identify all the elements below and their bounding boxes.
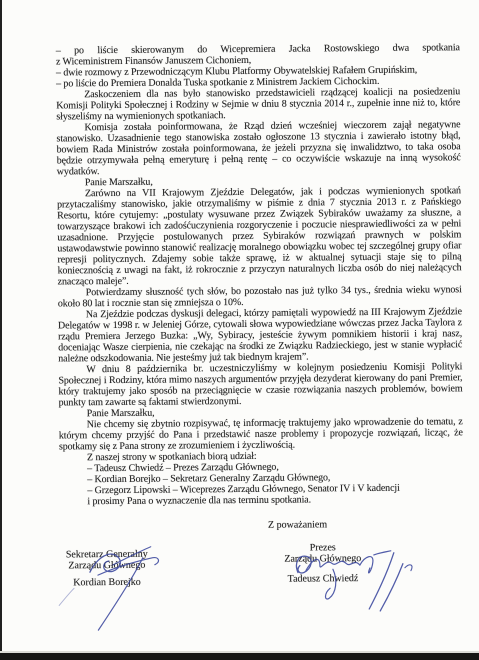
- body-paragraph: Nie chcemy się zbytnio rozpisywać, tę in…: [59, 416, 463, 452]
- body-paragraph: i prosimy Pana o wyznaczenie dla nas ter…: [59, 493, 463, 507]
- signer-name: Tadeusz Chwiedź: [277, 573, 369, 585]
- signer-name: Kordian Borejko: [61, 577, 153, 589]
- signer-title-line2: Zarządu Głównego: [61, 560, 153, 572]
- body-paragraph: W dniu 8 października br. uczestniczyliś…: [58, 361, 462, 408]
- scanned-letter-page: – po liście skierowanym do Wicepremiera …: [0, 0, 479, 660]
- body-paragraph: Potwierdzamy słuszność tych słów, bo poz…: [58, 284, 462, 309]
- list-item-first-line: – po liście skierowanym do Wicepremiera …: [56, 42, 460, 56]
- closing-salutation: Z poważaniem: [233, 519, 363, 531]
- scan-edge-left: [0, 0, 2, 660]
- signer-title-line2: Zarządu Głównego: [277, 553, 369, 565]
- letter-body: – po liście skierowanym do Wicepremiera …: [56, 42, 464, 507]
- signature-block-right: Prezes Zarządu Głównego Tadeusz Chwiedź: [277, 542, 369, 585]
- list-item: – po liście skierowanym do Wicepremiera …: [56, 42, 460, 67]
- scan-edge-bottom: [0, 653, 479, 660]
- signature-block-left: Sekretarz Generalny Zarządu Głównego Kor…: [61, 549, 153, 589]
- body-paragraph: Zaskoczeniem dla nas było stanowisko prz…: [56, 86, 460, 122]
- body-paragraph: Zarówno na VII Krajowym Zjeździe Delegat…: [57, 185, 462, 287]
- body-paragraph: Na Zjeździe podczas dyskusji delegaci, k…: [58, 306, 462, 364]
- body-paragraph: Komisja została poinformowana, że Rząd d…: [56, 119, 460, 177]
- signer-title-line1: Sekretarz Generalny: [61, 549, 153, 561]
- page-content: – po liście skierowanym do Wicepremiera …: [0, 0, 479, 660]
- signer-title-line1: Prezes: [277, 542, 369, 554]
